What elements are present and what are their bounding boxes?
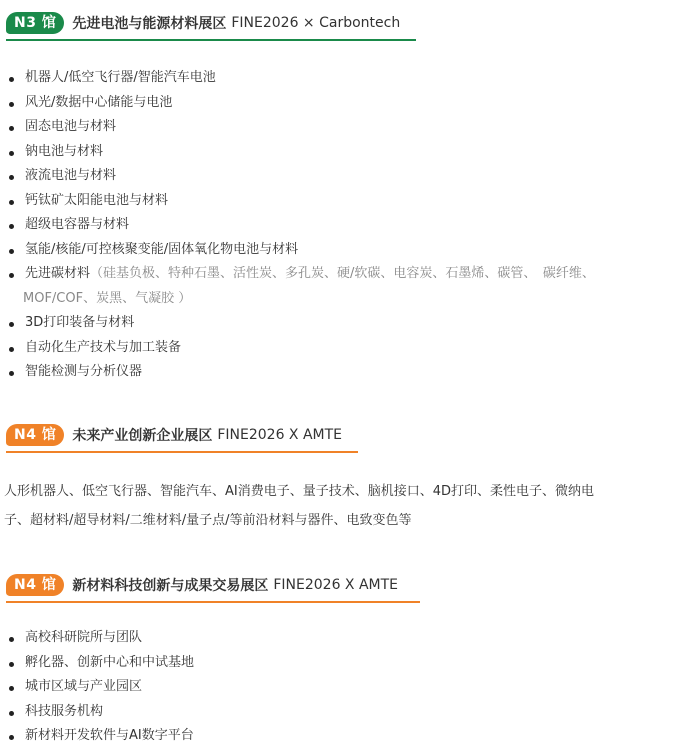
list-item: 城市区域与产业园区 xyxy=(25,675,194,700)
section-subtitle: FINE2026 X AMTE xyxy=(217,427,342,443)
carbon-label: 先进碳材料 xyxy=(25,266,90,281)
list-item: 风光/数据中心储能与电池 xyxy=(25,91,595,116)
list-item: 孵化器、创新中心和中试基地 xyxy=(25,651,194,676)
list-item: 智能检测与分析仪器 xyxy=(25,360,595,385)
list-item: 3D打印装备与材料 xyxy=(25,311,595,336)
n3-item-list: 机器人/低空飞行器/智能汽车电池 风光/数据中心储能与电池 固态电池与材料 钠电… xyxy=(0,66,595,385)
carbon-detail-cont: MOF/COF、炭黑、气凝胶 ） xyxy=(23,291,191,306)
section-title: 先进电池与能源材料展区 xyxy=(72,13,226,33)
list-item: 固态电池与材料 xyxy=(25,115,595,140)
list-item: 机器人/低空飞行器/智能汽车电池 xyxy=(25,66,595,91)
list-item-carbon: 先进碳材料（硅基负极、特种石墨、活性炭、多孔炭、硬/软碳、电容炭、石墨烯、碳管、… xyxy=(25,262,595,311)
hall-badge-n4: N4 馆 xyxy=(6,574,64,596)
section-header-n4-tech: N4 馆 新材料科技创新与成果交易展区 FINE2026 X AMTE xyxy=(6,574,420,603)
list-item: 高校科研院所与团队 xyxy=(25,626,194,651)
list-item: 超级电容器与材料 xyxy=(25,213,595,238)
section-title: 新材料科技创新与成果交易展区 xyxy=(72,575,268,595)
list-item: 自动化生产技术与加工装备 xyxy=(25,336,595,361)
list-item: 新材料开发软件与AI数字平台 xyxy=(25,724,194,749)
section-title: 未来产业创新企业展区 xyxy=(72,425,212,445)
list-item: 氢能/核能/可控核聚变能/固体氧化物电池与材料 xyxy=(25,238,595,263)
carbon-detail: （硅基负极、特种石墨、活性炭、多孔炭、硬/软碳、电容炭、石墨烯、碳管、 碳纤维、 xyxy=(90,266,595,281)
section-subtitle: FINE2026 X AMTE xyxy=(273,577,398,593)
paragraph-line: 子、超材料/超导材料/二维材料/量子点/等前沿材料与器件、电致变色等 xyxy=(4,506,680,535)
hall-badge-n4: N4 馆 xyxy=(6,424,64,446)
paragraph-line: 人形机器人、低空飞行器、智能汽车、AI消费电子、量子技术、脑机接口、4D打印、柔… xyxy=(4,477,680,506)
future-industry-paragraph: 人形机器人、低空飞行器、智能汽车、AI消费电子、量子技术、脑机接口、4D打印、柔… xyxy=(4,477,680,535)
list-item: 钙钛矿太阳能电池与材料 xyxy=(25,189,595,214)
list-item: 液流电池与材料 xyxy=(25,164,595,189)
list-item: 钠电池与材料 xyxy=(25,140,595,165)
section-subtitle: FINE2026 × Carbontech xyxy=(231,15,400,31)
section-header-n4-future: N4 馆 未来产业创新企业展区 FINE2026 X AMTE xyxy=(6,424,358,453)
n4-tech-item-list: 高校科研院所与团队 孵化器、创新中心和中试基地 城市区域与产业园区 科技服务机构… xyxy=(0,626,194,749)
list-item: 科技服务机构 xyxy=(25,700,194,725)
hall-badge-n3: N3 馆 xyxy=(6,12,64,34)
section-header-n3: N3 馆 先进电池与能源材料展区 FINE2026 × Carbontech xyxy=(6,12,416,41)
